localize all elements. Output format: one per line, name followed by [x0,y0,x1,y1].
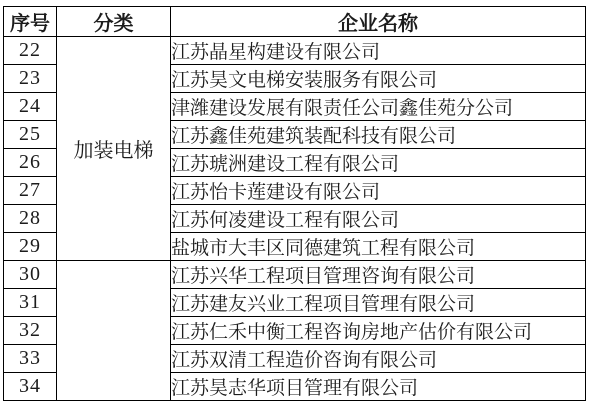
serial-number-cell: 33 [4,345,57,373]
company-name-cell: 江苏建友兴业工程项目管理有限公司 [171,289,586,317]
serial-number-cell: 27 [4,177,57,205]
serial-number-cell: 31 [4,289,57,317]
page-background: 序号 分类 企业名称 22加装电梯江苏晶星构建设有限公司23江苏昊文电梯安装服务… [0,0,590,380]
category-cell [57,261,171,381]
serial-number-cell: 23 [4,65,57,93]
serial-number-cell: 26 [4,149,57,177]
header-company-name: 企业名称 [171,7,586,37]
company-table: 序号 分类 企业名称 22加装电梯江苏晶星构建设有限公司23江苏昊文电梯安装服务… [3,6,586,380]
company-name-cell: 江苏晶星构建设有限公司 [171,37,586,65]
company-name-cell: 江苏仁禾中衡工程咨询房地产估价有限公司 [171,317,586,345]
header-category: 分类 [57,7,171,37]
company-name-cell: 津潍建设发展有限责任公司鑫佳苑分公司 [171,93,586,121]
company-name-cell: 江苏昊志华项目管理有限公司 [171,373,586,381]
header-serial-number: 序号 [4,7,57,37]
serial-number-cell: 29 [4,233,57,261]
table-row: 22加装电梯江苏晶星构建设有限公司 [4,37,586,65]
company-name-cell: 江苏双清工程造价咨询有限公司 [171,345,586,373]
serial-number-cell: 28 [4,205,57,233]
header-row: 序号 分类 企业名称 [4,7,586,37]
company-name-cell: 江苏昊文电梯安装服务有限公司 [171,65,586,93]
serial-number-cell: 22 [4,37,57,65]
table-row: 30江苏兴华工程项目管理咨询有限公司 [4,261,586,289]
serial-number-cell: 32 [4,317,57,345]
table-body: 22加装电梯江苏晶星构建设有限公司23江苏昊文电梯安装服务有限公司24津潍建设发… [4,37,586,381]
table-header: 序号 分类 企业名称 [4,7,586,37]
serial-number-cell: 25 [4,121,57,149]
company-name-cell: 盐城市大丰区同德建筑工程有限公司 [171,233,586,261]
company-name-cell: 江苏怡卡莲建设有限公司 [171,177,586,205]
company-name-cell: 江苏兴华工程项目管理咨询有限公司 [171,261,586,289]
company-name-cell: 江苏鑫佳苑建筑装配科技有限公司 [171,121,586,149]
serial-number-cell: 34 [4,373,57,381]
company-name-cell: 江苏何凌建设工程有限公司 [171,205,586,233]
serial-number-cell: 24 [4,93,57,121]
serial-number-cell: 30 [4,261,57,289]
category-cell: 加装电梯 [57,37,171,261]
company-name-cell: 江苏琥洲建设工程有限公司 [171,149,586,177]
